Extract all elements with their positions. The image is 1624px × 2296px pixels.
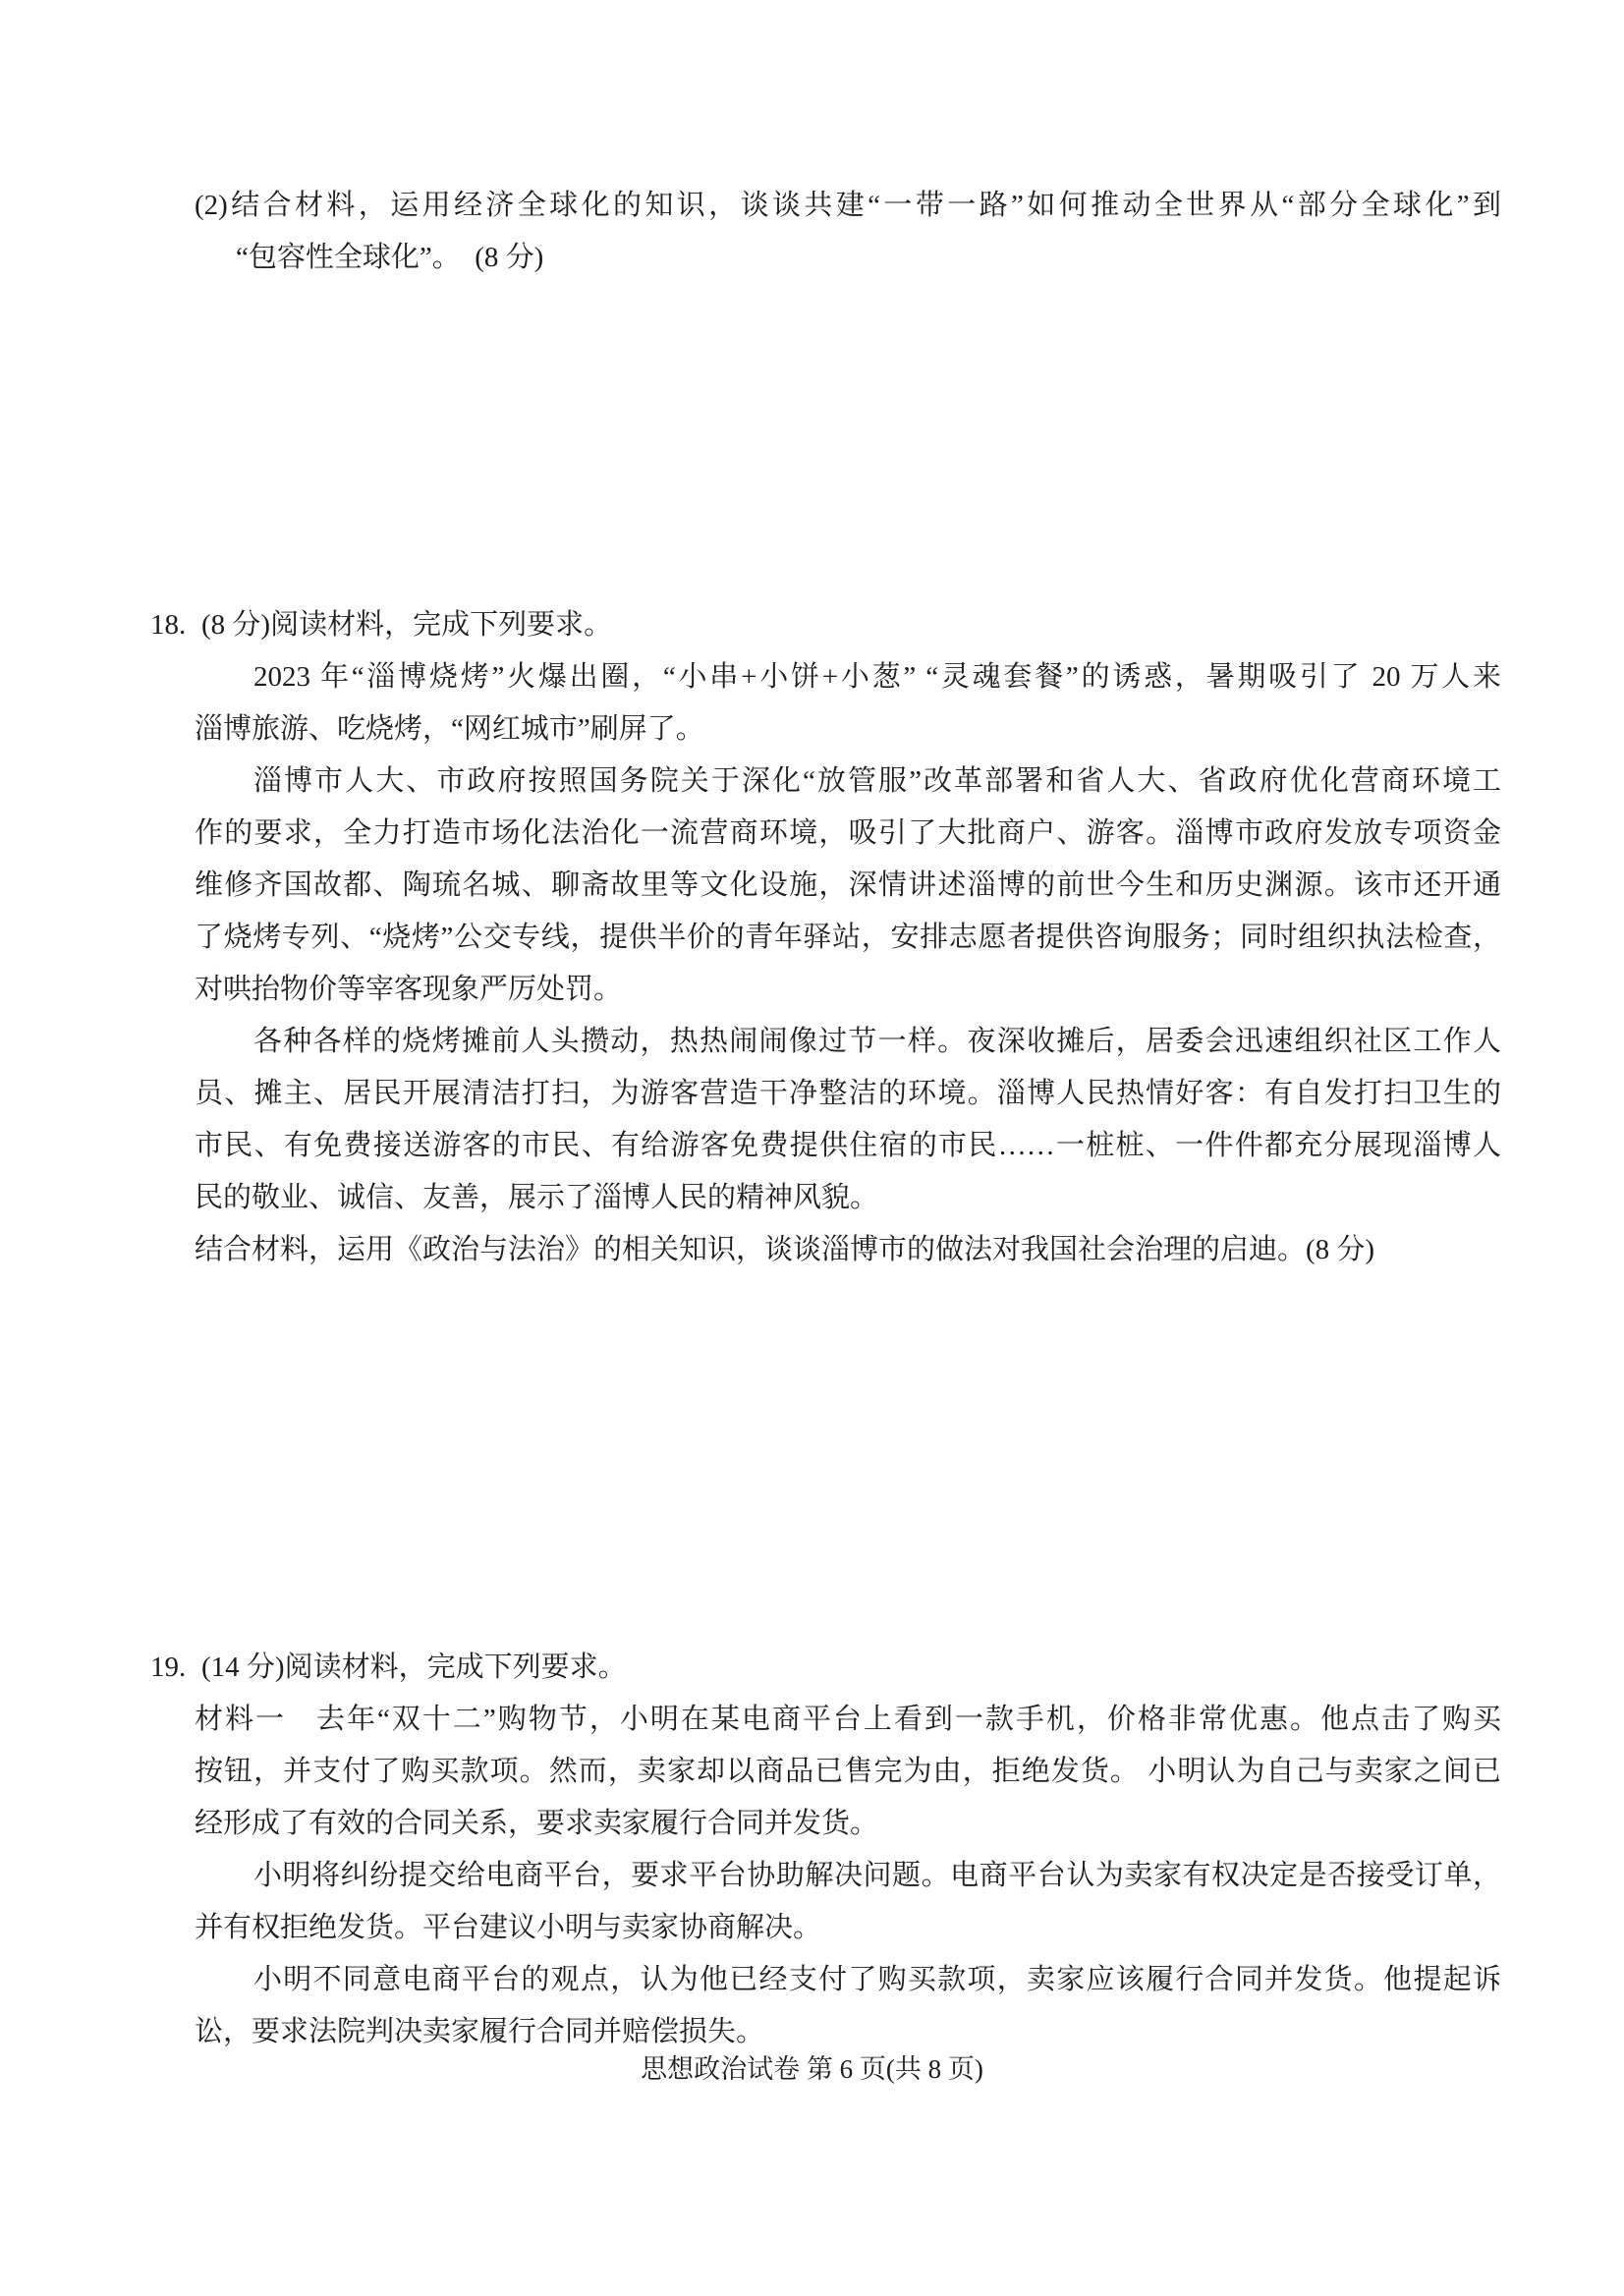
question-18-body: 2023 年“淄博烧烤”火爆出圈，“小串+小饼+小葱” “灵魂套餐”的诱惑，暑期… [195,651,1501,1276]
question-18-line-6: 了烧烤专列、“烧烤”公交专线，提供半价的青年驿站，安排志愿者提供咨询服务；同时组… [195,912,1501,964]
question-2-line-2: “包容性全球化”。 (8 分) [195,232,1501,284]
question-18-line-8: 各种各样的烧烤摊前人头攒动，热热闹闹像过节一样。夜深收摊后，居委会迅速组织社区工… [195,1016,1501,1068]
question-18-line-12: 结合材料，运用《政治与法治》的相关知识，谈谈淄博市的做法对我国社会治理的启迪。(… [195,1224,1501,1276]
question-19-line-3: 经形成了有效的合同关系，要求卖家履行合同并发货。 [195,1798,1501,1850]
question-18-line-7: 对哄抬物价等宰客现象严厉处罚。 [195,964,1501,1016]
question-18-line-5: 维修齐国故都、陶琉名城、聊斋故里等文化设施，深情讲述淄博的前世今生和历史渊源。该… [195,860,1501,912]
question-18-line-3: 淄博市人大、市政府按照国务院关于深化“放管服”改革部署和省人大、省政府优化营商环… [195,756,1501,808]
question-19-instruction: (14 分)阅读材料，完成下列要求。 [201,1642,627,1694]
question-18-number: 18. [150,599,201,651]
question-18-line-2: 淄博旅游、吃烧烤，“网红城市”刷屏了。 [195,703,1501,756]
question-18-line-9: 员、摊主、居民开展清洁打扫，为游客营造干净整洁的环境。淄博人民热情好客：有自发打… [195,1068,1501,1120]
question-19-line-6: 小明不同意电商平台的观点，认为他已经支付了购买款项，卖家应该履行合同并发货。他提… [195,1954,1501,2006]
question-19-body: 材料一 去年“双十二”购物节，小明在某电商平台上看到一款手机，价格非常优惠。他点… [195,1694,1501,2058]
question-19-line-2: 按钮，并支付了购买款项。然而，卖家却以商品已售完为由，拒绝发货。 小明认为自己与… [195,1746,1501,1798]
question-19-line-1: 材料一 去年“双十二”购物节，小明在某电商平台上看到一款手机，价格非常优惠。他点… [195,1694,1501,1746]
question-18-header: 18. (8 分)阅读材料，完成下列要求。 [150,599,1501,651]
question-19-line-5: 并有权拒绝发货。平台建议小明与卖家协商解决。 [195,1902,1501,1954]
question-18-line-4: 作的要求，全力打造市场化法治化一流营商环境，吸引了大批商户、游客。淄博市政府发放… [195,808,1501,860]
question-19-line-4: 小明将纠纷提交给电商平台，要求平台协助解决问题。电商平台认为卖家有权决定是否接受… [195,1850,1501,1902]
question-19-number: 19. [150,1642,201,1694]
question-2: (2)结合材料，运用经济全球化的知识，谈谈共建“一带一路”如何推动全世界从“部分… [195,180,1501,284]
question-18-line-1: 2023 年“淄博烧烤”火爆出圈，“小串+小饼+小葱” “灵魂套餐”的诱惑，暑期… [195,651,1501,703]
question-18-line-11: 民的敬业、诚信、友善，展示了淄博人民的精神风貌。 [195,1172,1501,1224]
question-18-line-10: 市民、有免费接送游客的市民、有给游客免费提供住宿的市民……一桩桩、一件件都充分展… [195,1120,1501,1172]
question-19: 19. (14 分)阅读材料，完成下列要求。 材料一 去年“双十二”购物节，小明… [150,1642,1501,2058]
question-2-line-1: (2)结合材料，运用经济全球化的知识，谈谈共建“一带一路”如何推动全世界从“部分… [195,180,1501,232]
question-18-instruction: (8 分)阅读材料，完成下列要求。 [201,599,612,651]
question-18: 18. (8 分)阅读材料，完成下列要求。 2023 年“淄博烧烤”火爆出圈，“… [150,599,1501,1276]
page-footer: 思想政治试卷 第 6 页(共 8 页) [0,2044,1624,2096]
exam-page: (2)结合材料，运用经济全球化的知识，谈谈共建“一带一路”如何推动全世界从“部分… [0,0,1624,2296]
question-19-header: 19. (14 分)阅读材料，完成下列要求。 [150,1642,1501,1694]
